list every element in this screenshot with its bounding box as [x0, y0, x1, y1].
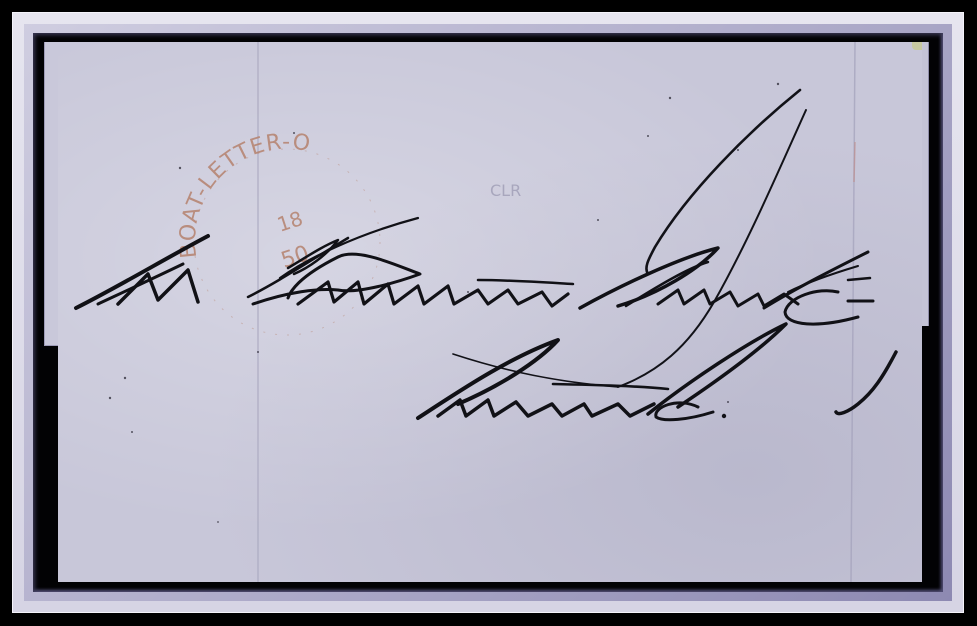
boat-letter-postmark: BOAT-LETTER-O 18 50 — [176, 130, 380, 335]
fold-line-right — [851, 42, 855, 582]
postmark-day: 18 — [274, 206, 306, 237]
address-line-2-script — [418, 324, 786, 420]
cover-artwork: CLR BOAT-LETTER-O 18 50 — [58, 42, 922, 582]
postmark-arc-text: BOAT-LETTER-O — [176, 130, 313, 260]
letter-cover: CLR BOAT-LETTER-O 18 50 — [58, 42, 922, 582]
faint-marking: CLR — [490, 181, 521, 200]
svg-text:BOAT-LETTER-O: BOAT-LETTER-O — [176, 130, 313, 260]
paper-speckles — [109, 83, 779, 523]
address-line-1-script-b — [580, 248, 873, 324]
hook-mark — [836, 352, 896, 414]
address-line-1-script — [76, 218, 573, 308]
